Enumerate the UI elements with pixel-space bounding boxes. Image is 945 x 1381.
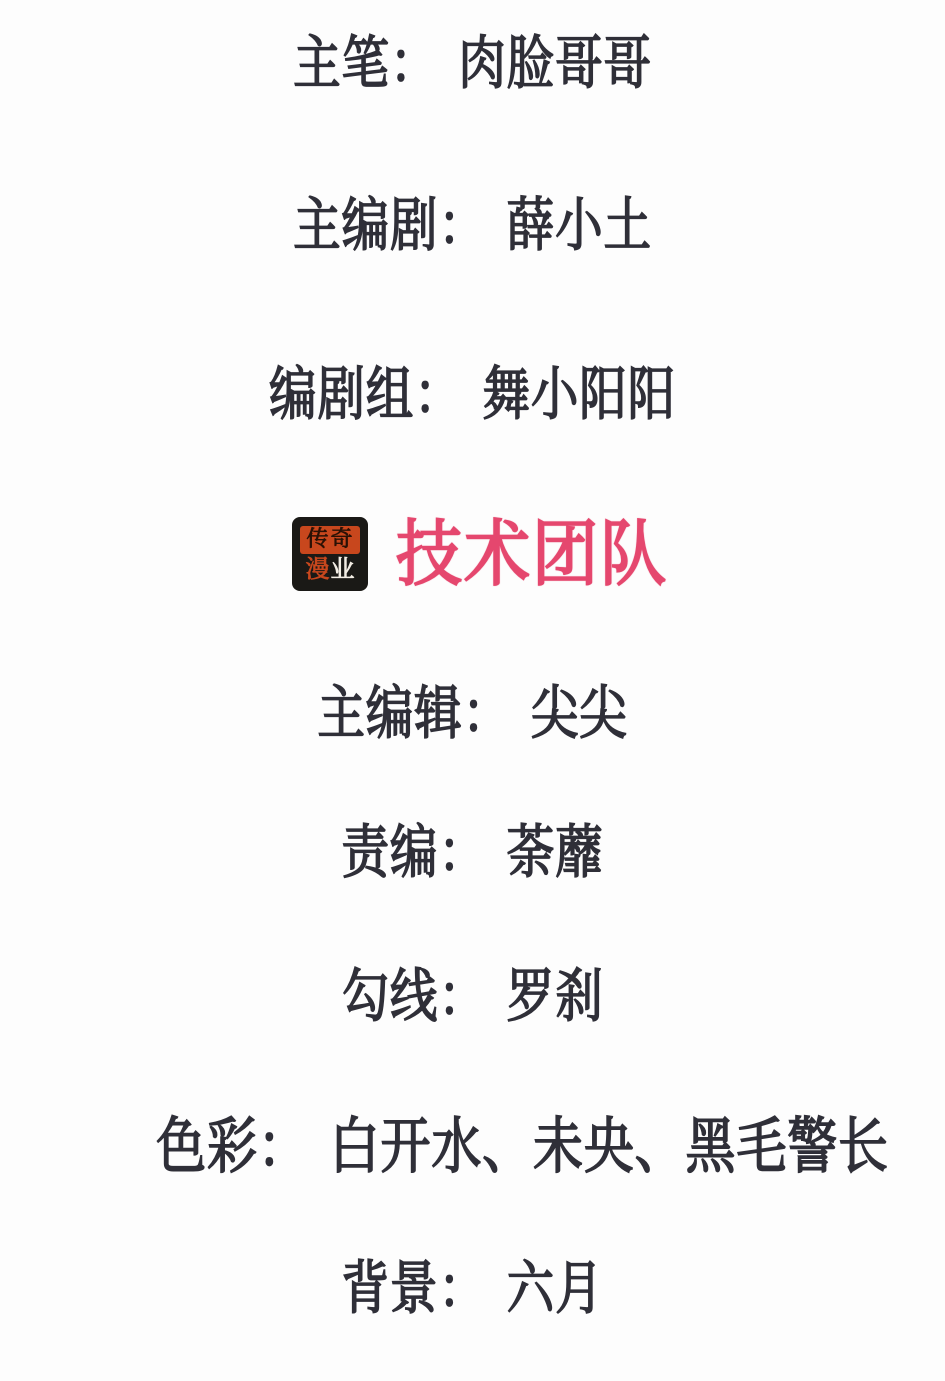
credits-page: 主笔：肉脸哥哥 主编剧：薛小土 编剧组：舞小阳阳 传奇 漫业 技术团队 主编辑：…	[0, 0, 945, 1381]
logo-bottom-plain-char: 业	[330, 555, 355, 583]
credit-value: 荼蘼	[507, 818, 604, 886]
legend-comics-logo: 传奇 漫业	[292, 517, 368, 591]
credit-value: 六月	[507, 1254, 604, 1322]
credit-label: 主笔	[293, 29, 390, 97]
credit-value: 罗刹	[507, 962, 604, 1030]
credit-value: 尖尖	[531, 679, 628, 747]
credit-responsible-editor: 责编：荼蘼	[85, 819, 860, 886]
credit-separator: ：	[414, 360, 462, 428]
credit-value: 肉脸哥哥	[458, 29, 652, 97]
credit-separator: ：	[258, 1111, 309, 1182]
credit-label: 勾线	[342, 962, 439, 1030]
credit-coloring: 色彩：白开水、未央、黑毛警长	[135, 1112, 910, 1182]
credit-value: 白开水、未央、黑毛警长	[330, 1111, 889, 1182]
credit-background-artist: 背景：六月	[85, 1255, 860, 1322]
credit-lineart: 勾线：罗刹	[85, 963, 860, 1030]
credit-separator: ：	[438, 962, 486, 1030]
credit-label: 责编	[342, 818, 439, 886]
logo-bottom-accent-char: 漫	[305, 555, 330, 583]
logo-bottom-text: 漫业	[305, 556, 355, 582]
credit-lead-artist: 主笔：肉脸哥哥	[85, 30, 860, 97]
credit-value: 薛小土	[507, 191, 652, 259]
credit-separator: ：	[463, 679, 511, 747]
credit-label: 背景	[342, 1254, 439, 1322]
credit-chief-editor: 主编辑：尖尖	[85, 680, 860, 747]
credit-value: 舞小阳阳	[482, 360, 676, 428]
credit-separator: ：	[438, 191, 486, 259]
credit-chief-screenwriter: 主编剧：薛小土	[85, 192, 860, 259]
team-header: 传奇 漫业 技术团队	[14, 513, 945, 595]
credit-separator: ：	[438, 818, 486, 886]
logo-top-text: 传奇	[300, 526, 360, 554]
team-title: 技术团队	[396, 518, 668, 590]
credit-separator: ：	[390, 29, 438, 97]
credit-label: 主编辑	[317, 679, 462, 747]
credit-label: 编剧组	[269, 360, 414, 428]
credit-screenwriting-group: 编剧组：舞小阳阳	[85, 361, 860, 428]
credit-label: 色彩	[156, 1111, 258, 1182]
credit-separator: ：	[438, 1254, 486, 1322]
credit-label: 主编剧	[293, 191, 438, 259]
